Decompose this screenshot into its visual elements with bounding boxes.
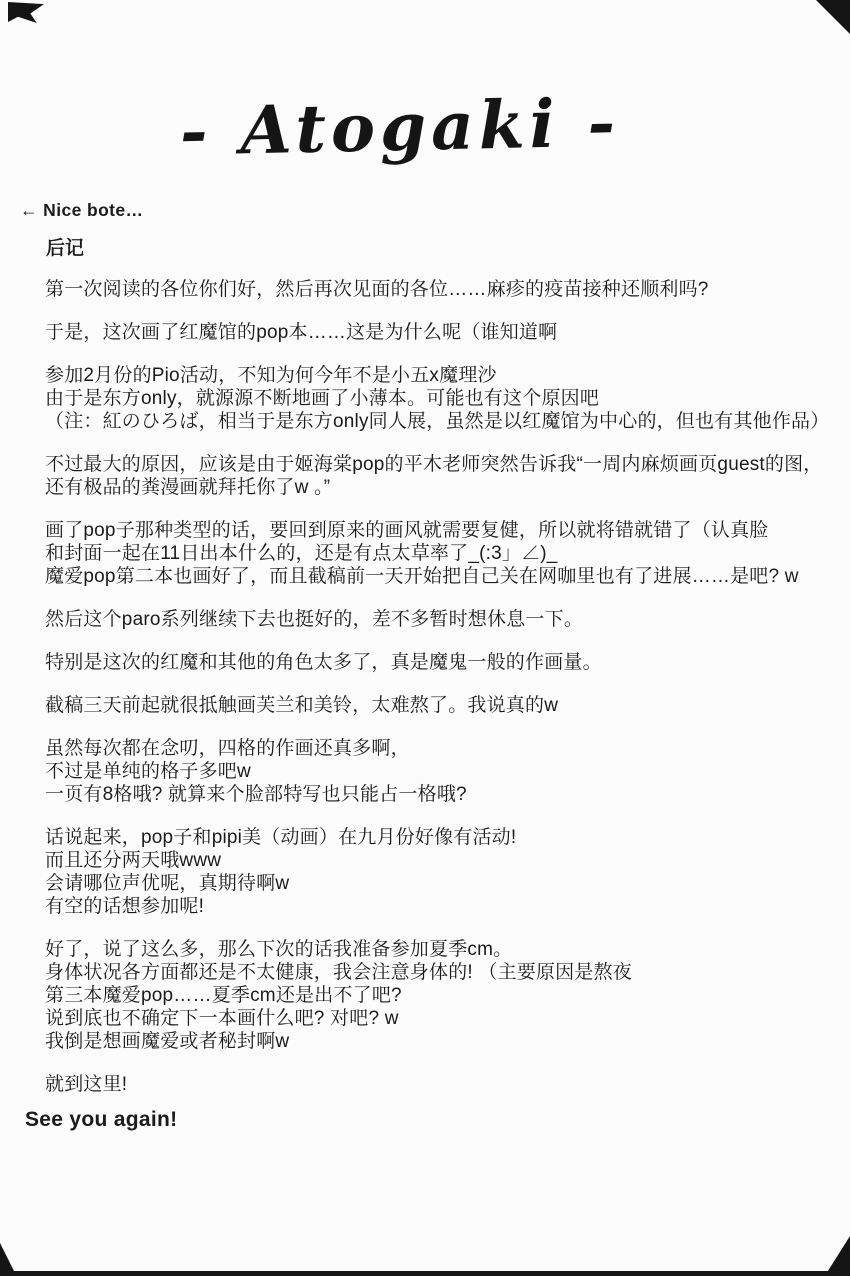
section-heading: 后记	[46, 233, 84, 260]
text-line: 一页有8格哦? 就算来个脸部特写也只能占一格哦?	[45, 783, 840, 806]
text-line: 由于是东方only，就源源不断地画了小薄本。可能也有这个原因吧	[45, 387, 840, 410]
text-line: 说到底也不确定下一本画什么吧? 对吧? w	[45, 1007, 840, 1030]
text-line: 会请哪位声优呢，真期待啊w	[45, 872, 840, 895]
scan-corner-mark-bottom-left	[0, 1243, 15, 1273]
text-line: 话说起来，pop子和pipi美（动画）在九月份好像有活动!	[45, 826, 840, 849]
text-line: 参加2月份的Pio活动，不知为何今年不是小五x魔理沙	[45, 364, 840, 387]
text-line: 就到这里!	[45, 1073, 840, 1096]
paragraph: 好了，说了这么多，那么下次的话我准备参加夏季cm。身体状况各方面都还是不太健康，…	[45, 938, 840, 1053]
text-line: 第三本魔爱pop……夏季cm还是出不了吧?	[45, 984, 840, 1007]
paragraph: 参加2月份的Pio活动，不知为何今年不是小五x魔理沙由于是东方only，就源源不…	[45, 364, 840, 433]
text-line: 特别是这次的红魔和其他的角色太多了，真是魔鬼一般的作画量。	[45, 651, 840, 674]
text-line: 不过最大的原因，应该是由于姬海棠pop的平木老师突然告诉我“一周内麻烦画页gue…	[45, 453, 840, 476]
text-line: 虽然每次都在念叨，四格的作画还真多啊，	[45, 737, 840, 760]
text-line: 于是，这次画了红魔馆的pop本……这是为什么呢（谁知道啊	[45, 321, 840, 344]
margin-note: ← Nice bote…	[20, 200, 143, 221]
paragraph: 第一次阅读的各位你们好，然后再次见面的各位……麻疹的疫苗接种还顺利吗?	[45, 278, 840, 301]
text-line: （注：紅のひろば，相当于是东方only同人展，虽然是以红魔馆为中心的，但也有其他…	[45, 410, 840, 433]
text-line: 然后这个paro系列继续下去也挺好的，差不多暂时想休息一下。	[45, 608, 840, 631]
paragraph: 不过最大的原因，应该是由于姬海棠pop的平木老师突然告诉我“一周内麻烦画页gue…	[45, 453, 840, 499]
text-line: 有空的话想参加呢!	[45, 895, 840, 918]
text-line: 身体状况各方面都还是不太健康，我会注意身体的! （主要原因是熬夜	[45, 961, 840, 984]
paragraph: 特别是这次的红魔和其他的角色太多了，真是魔鬼一般的作画量。	[45, 651, 840, 674]
page-title: - Atogaki -	[129, 82, 671, 171]
text-line: 截稿三天前起就很抵触画芙兰和美铃，太难熬了。我说真的w	[45, 694, 840, 717]
scan-bottom-edge-line	[0, 1271, 850, 1276]
text-line: 和封面一起在11日出本什么的，还是有点太草率了_(:3」∠)_	[45, 542, 840, 565]
paragraph: 画了pop子那种类型的话，要回到原来的画风就需要复健，所以就将错就错了（认真脸和…	[45, 519, 840, 588]
text-line: 而且还分两天哦www	[45, 849, 840, 872]
paragraph: 话说起来，pop子和pipi美（动画）在九月份好像有活动!而且还分两天哦www会…	[45, 826, 840, 918]
text-line: 魔爱pop第二本也画好了，而且截稿前一天开始把自己关在网咖里也有了进展……是吧?…	[45, 565, 840, 588]
text-line: 第一次阅读的各位你们好，然后再次见面的各位……麻疹的疫苗接种还顺利吗?	[45, 278, 840, 301]
paragraph: 就到这里!	[45, 1073, 840, 1096]
text-line: 我倒是想画魔爱或者秘封啊w	[45, 1030, 840, 1053]
paragraph: 然后这个paro系列继续下去也挺好的，差不多暂时想休息一下。	[45, 608, 840, 631]
text-line: 还有极品的粪漫画就拜托你了w 。”	[45, 476, 840, 499]
text-line: 不过是单纯的格子多吧w	[45, 760, 840, 783]
scan-corner-mark-top-left	[8, 2, 44, 23]
paragraph: 于是，这次画了红魔馆的pop本……这是为什么呢（谁知道啊	[45, 321, 840, 344]
text-line: 好了，说了这么多，那么下次的话我准备参加夏季cm。	[45, 938, 840, 961]
paragraph: 虽然每次都在念叨，四格的作画还真多啊，不过是单纯的格子多吧w一页有8格哦? 就算…	[45, 737, 840, 806]
afterword-page: - Atogaki - ← Nice bote… 后记 第一次阅读的各位你们好，…	[0, 0, 850, 1276]
text-line: 画了pop子那种类型的话，要回到原来的画风就需要复健，所以就将错就错了（认真脸	[45, 519, 840, 542]
scan-corner-mark-bottom-right	[826, 1236, 850, 1274]
paragraph: 截稿三天前起就很抵触画芙兰和美铃，太难熬了。我说真的w	[45, 694, 840, 717]
closing-note: See you again!	[25, 1108, 177, 1132]
scan-corner-mark-top-right	[816, 0, 850, 34]
afterword-body: 第一次阅读的各位你们好，然后再次见面的各位……麻疹的疫苗接种还顺利吗?于是，这次…	[45, 278, 840, 1116]
